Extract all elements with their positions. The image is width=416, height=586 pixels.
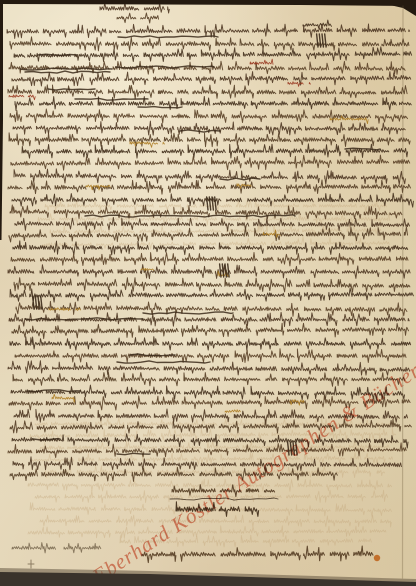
manuscript-photo: Eberhard Köstler Autographen & Bücher xyxy=(0,0,416,586)
